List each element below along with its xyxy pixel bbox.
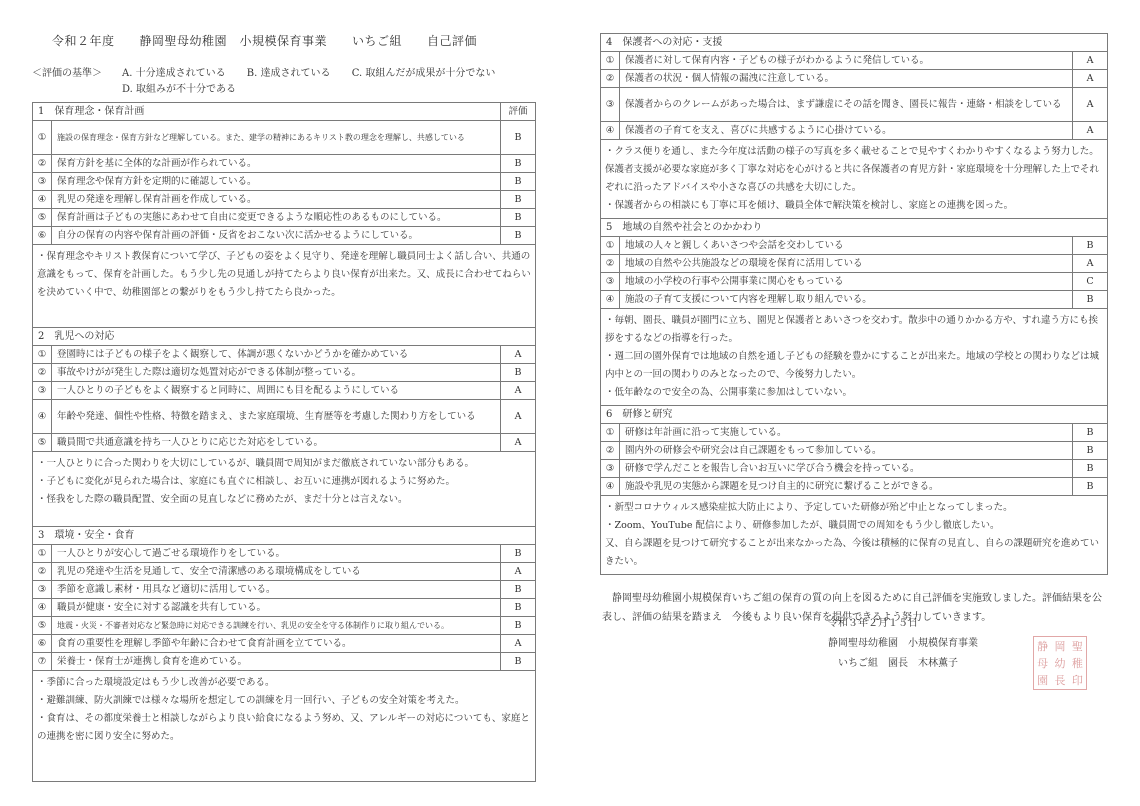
item-text: 自分の保育の内容や保育計画の評価・反省をおこない次に活かせるようにしている。 bbox=[52, 227, 501, 245]
table-row: ③地域の小学校の行事や公開事業に関心をもっているC bbox=[601, 273, 1108, 291]
table-row: ④乳児の発達を理解し保育計画を作成している。B bbox=[33, 191, 536, 209]
item-number: ④ bbox=[601, 122, 620, 140]
item-grade: A bbox=[1073, 70, 1108, 88]
comment-text: ・避難訓練、防火訓練では様々な場所を想定しての訓練を月一回行い、子どもの安全対策… bbox=[37, 692, 531, 710]
table-row: ③季節を意識し素材・用具など適切に活用している。B bbox=[33, 581, 536, 599]
item-number: ③ bbox=[601, 273, 620, 291]
table-row: ③保育理念や保育方針を定期的に確認している。B bbox=[33, 173, 536, 191]
item-number: ② bbox=[601, 442, 620, 460]
item-text: 保護者に対して保育内容・子どもの様子がわかるように発信している。 bbox=[620, 52, 1073, 70]
item-grade: B bbox=[501, 545, 536, 563]
table-row: ① 施設の保育理念・保育方針など理解している。また、建学の精神にあるキリスト教の… bbox=[33, 121, 536, 155]
item-grade: B bbox=[1073, 237, 1108, 255]
signature-org: 静岡聖母幼稚園 小規模保育事業 bbox=[828, 634, 978, 654]
item-grade: B bbox=[1073, 460, 1108, 478]
grade-column-header: 評価 bbox=[501, 103, 536, 121]
comment-box: ・季節に合った環境設定はもう少し改善が必要である。 ・避難訓練、防火訓練では様々… bbox=[33, 671, 536, 782]
item-grade: B bbox=[501, 227, 536, 245]
item-text: 保育方針を基に全体的な計画が作られている。 bbox=[52, 155, 501, 173]
item-number: ③ bbox=[601, 460, 620, 478]
item-text: 施設の子育て支援について内容を理解し取り組んでいる。 bbox=[620, 291, 1073, 309]
item-grade: B bbox=[501, 155, 536, 173]
item-number: ③ bbox=[601, 88, 620, 122]
stamp-char: 幼 bbox=[1054, 655, 1065, 671]
left-page: 令和２年度 静岡聖母幼稚園 小規模保育事業 いちご組 自己評価 ＜評価の基準＞ … bbox=[32, 30, 536, 782]
item-grade: A bbox=[501, 635, 536, 653]
criteria-c: C. 取組んだが成果が十分でない bbox=[352, 68, 496, 79]
comment-text: 又、自ら課題を見つけて研究することが出来なかった為、今後は積極的に保育の見直し、… bbox=[605, 535, 1103, 571]
item-grade: B bbox=[1073, 291, 1108, 309]
item-number: ② bbox=[33, 155, 52, 173]
item-text: 季節を意識し素材・用具など適切に活用している。 bbox=[52, 581, 501, 599]
evaluation-table-left: 1 保育理念・保育計画 評価 ① 施設の保育理念・保育方針など理解している。また… bbox=[32, 102, 536, 782]
table-row: ①地域の人々と親しくあいさつや会話を交わしているB bbox=[601, 237, 1108, 255]
comment-text: ・食育は、その都度栄養士と相談しながらより良い給食になるよう努め、又、アレルギー… bbox=[37, 710, 531, 746]
signature-date: 令和３年２月１５日 bbox=[828, 614, 978, 634]
stamp-char: 長 bbox=[1054, 672, 1065, 688]
section-comments: ・新型コロナウィルス感染症拡大防止により、予定していた研修が殆ど中止となってしま… bbox=[601, 496, 1108, 575]
item-text: 研修で学んだことを報告し合いお互いに学び合う機会を持っている。 bbox=[620, 460, 1073, 478]
section-heading: 4 保護者への対応・支援 bbox=[601, 34, 1108, 52]
item-grade: B bbox=[501, 173, 536, 191]
stamp-char: 印 bbox=[1072, 672, 1083, 688]
item-grade: A bbox=[1073, 88, 1108, 122]
item-number: ② bbox=[33, 563, 52, 581]
item-number: ⑦ bbox=[33, 653, 52, 671]
item-text: 乳児の発達や生活を見通して、安全で清潔感のある環境構成をしている bbox=[52, 563, 501, 581]
item-grade: C bbox=[1073, 273, 1108, 291]
item-text: 職員間で共通意識を持ち一人ひとりに応じた対応をしている。 bbox=[52, 434, 501, 452]
item-text: 事故やけがが発生した際は適切な処置対応ができる体制が整っている。 bbox=[52, 364, 501, 382]
comment-text: ・一人ひとりに合った関わりを大切にしているが、職員間で周知がまだ徹底されていない… bbox=[37, 455, 531, 473]
table-row: ⑥自分の保育の内容や保育計画の評価・反省をおこない次に活かせるようにしている。B bbox=[33, 227, 536, 245]
comment-text: ・子どもに変化が見られた場合は、家庭にも直ぐに相談し、お互いに連携が図れるように… bbox=[37, 473, 531, 491]
item-number: ④ bbox=[33, 191, 52, 209]
item-number: ③ bbox=[33, 382, 52, 400]
stamp-char: 岡 bbox=[1054, 638, 1065, 654]
item-grade: B bbox=[1073, 442, 1108, 460]
item-text: 職員が健康・安全に対する認識を共有している。 bbox=[52, 599, 501, 617]
section-header: 5 地域の自然や社会とのかかわり bbox=[601, 219, 1108, 237]
table-row: ④保護者の子育てを支え、喜びに共感するように心掛けている。A bbox=[601, 122, 1108, 140]
comment-text: ・低年齢なので安全の為、公開事業に参加はしていない。 bbox=[605, 384, 1103, 402]
evaluation-criteria: ＜評価の基準＞ A. 十分達成されている B. 達成されている C. 取組んだが… bbox=[32, 66, 536, 98]
comment-text: ・保護者からの相談にも丁寧に耳を傾け、職員全体で解決策を検討し、家庭との連携を図… bbox=[605, 197, 1103, 215]
item-number: ① bbox=[33, 121, 52, 155]
item-number: ④ bbox=[601, 478, 620, 496]
item-text: 一人ひとりが安心して過ごせる環境作りをしている。 bbox=[52, 545, 501, 563]
item-grade: B bbox=[501, 191, 536, 209]
section-header: 6 研修と研究 bbox=[601, 406, 1108, 424]
comment-text: ・季節に合った環境設定はもう少し改善が必要である。 bbox=[37, 674, 531, 692]
item-number: ① bbox=[601, 237, 620, 255]
document-title: 令和２年度 静岡聖母幼稚園 小規模保育事業 いちご組 自己評価 bbox=[32, 30, 536, 52]
section-comments: ・一人ひとりに合った関わりを大切にしているが、職員間で周知がまだ徹底されていない… bbox=[33, 452, 536, 527]
table-row: ①登園時には子どもの様子をよく観察して、体調が悪くないかどうかを確かめているA bbox=[33, 346, 536, 364]
item-number: ① bbox=[601, 52, 620, 70]
criteria-a: A. 十分達成されている bbox=[122, 68, 226, 79]
section-heading: 1 保育理念・保育計画 bbox=[33, 103, 501, 121]
item-grade: B bbox=[501, 209, 536, 227]
section-heading: 5 地域の自然や社会とのかかわり bbox=[601, 219, 1108, 237]
criteria-label: ＜評価の基準＞ bbox=[32, 66, 122, 82]
item-number: ⑤ bbox=[33, 617, 52, 635]
item-text: 施設の保育理念・保育方針など理解している。また、建学の精神にあるキリスト教の理念… bbox=[52, 121, 501, 155]
item-text: 地震・火災・不審者対応など緊急時に対応できる訓練を行い、乳児の安全を守る体制作り… bbox=[52, 617, 501, 635]
section-heading: 3 環境・安全・食育 bbox=[33, 527, 536, 545]
seal-stamp-icon: 静 岡 聖 母 幼 稚 園 長 印 bbox=[1033, 636, 1087, 690]
item-grade: A bbox=[501, 400, 536, 434]
table-row: ④施設の子育て支援について内容を理解し取り組んでいる。B bbox=[601, 291, 1108, 309]
table-row: ④職員が健康・安全に対する認識を共有している。B bbox=[33, 599, 536, 617]
stamp-char: 園 bbox=[1037, 672, 1048, 688]
stamp-char: 稚 bbox=[1072, 655, 1083, 671]
item-grade: B bbox=[501, 364, 536, 382]
item-text: 一人ひとりの子どもをよく観察すると同時に、周囲にも目を配るようにしている bbox=[52, 382, 501, 400]
item-text: 登園時には子どもの様子をよく観察して、体調が悪くないかどうかを確かめている bbox=[52, 346, 501, 364]
item-text: 研修は年計画に沿って実施している。 bbox=[620, 424, 1073, 442]
item-grade: B bbox=[501, 121, 536, 155]
item-text: 保護者からのクレームがあった場合は、まず謙虚にその話を聞き、園長に報告・連絡・相… bbox=[620, 88, 1073, 122]
comment-text: ・週二回の園外保育では地域の自然を通し子どもの経験を豊かにすることが出来た。地域… bbox=[605, 348, 1103, 384]
item-number: ④ bbox=[601, 291, 620, 309]
item-text: 地域の小学校の行事や公開事業に関心をもっている bbox=[620, 273, 1073, 291]
evaluation-table-right: 4 保護者への対応・支援 ①保護者に対して保育内容・子どもの様子がわかるように発… bbox=[600, 33, 1108, 575]
table-row: ③一人ひとりの子どもをよく観察すると同時に、周囲にも目を配るようにしているA bbox=[33, 382, 536, 400]
section-comments: ・クラス便りを通し、また今年度は活動の様子の写真を多く載せることで見やすくわかり… bbox=[601, 140, 1108, 219]
comment-text: ・毎朝、園長、職員が園門に立ち、園児と保護者とあいさつを交わす。散歩中の通りかか… bbox=[605, 312, 1103, 348]
item-text: 園内外の研修会や研究会は自己課題をもって参加している。 bbox=[620, 442, 1073, 460]
table-row: ②地域の自然や公共施設などの環境を保育に活用しているA bbox=[601, 255, 1108, 273]
table-row: ④年齢や発達、個性や性格、特徴を踏まえ、また家庭環境、生育歴等を考慮した関わり方… bbox=[33, 400, 536, 434]
item-text: 栄養士・保育士が連携し食育を進めている。 bbox=[52, 653, 501, 671]
item-number: ⑤ bbox=[33, 209, 52, 227]
table-row: ②乳児の発達や生活を見通して、安全で清潔感のある環境構成をしているA bbox=[33, 563, 536, 581]
section-header: 3 環境・安全・食育 bbox=[33, 527, 536, 545]
item-number: ④ bbox=[33, 400, 52, 434]
section-header: 2 乳児への対応 bbox=[33, 328, 536, 346]
table-row: ②園内外の研修会や研究会は自己課題をもって参加している。B bbox=[601, 442, 1108, 460]
item-grade: A bbox=[501, 563, 536, 581]
section-comments: ・季節に合った環境設定はもう少し改善が必要である。 ・避難訓練、防火訓練では様々… bbox=[33, 671, 536, 782]
table-row: ③研修で学んだことを報告し合いお互いに学び合う機会を持っている。B bbox=[601, 460, 1108, 478]
item-text: 保護者の状況・個人情報の漏洩に注意している。 bbox=[620, 70, 1073, 88]
criteria-b: B. 達成されている bbox=[247, 68, 331, 79]
comment-text: ・怪我をした際の職員配置、安全面の見直しなどに務めたが、まだ十分とは言えない。 bbox=[37, 491, 531, 509]
item-grade: A bbox=[1073, 122, 1108, 140]
comment-text: ・保育理念やキリスト教保育について学び、子どもの姿をよく見守り、発達を理解し職員… bbox=[37, 248, 531, 302]
item-grade: A bbox=[501, 434, 536, 452]
item-text: 乳児の発達を理解し保育計画を作成している。 bbox=[52, 191, 501, 209]
item-number: ⑥ bbox=[33, 635, 52, 653]
item-text: 食育の重要性を理解し季節や年齢に合わせて食育計画を立てている。 bbox=[52, 635, 501, 653]
table-row: ④施設や乳児の実態から課題を見つけ自主的に研究に繋げることができる。B bbox=[601, 478, 1108, 496]
item-number: ③ bbox=[33, 173, 52, 191]
item-text: 施設や乳児の実態から課題を見つけ自主的に研究に繋げることができる。 bbox=[620, 478, 1073, 496]
item-number: ⑥ bbox=[33, 227, 52, 245]
comment-text: ・クラス便りを通し、また今年度は活動の様子の写真を多く載せることで見やすくわかり… bbox=[605, 143, 1103, 197]
item-grade: B bbox=[1073, 424, 1108, 442]
criteria-d: D. 取組みが不十分である bbox=[122, 84, 236, 95]
item-text: 保育計画は子どもの実態にあわせて自由に変更できるような順応性のあるものにしている… bbox=[52, 209, 501, 227]
item-number: ③ bbox=[33, 581, 52, 599]
section-heading: 6 研修と研究 bbox=[601, 406, 1108, 424]
item-grade: B bbox=[1073, 478, 1108, 496]
comment-box: ・毎朝、園長、職員が園門に立ち、園児と保護者とあいさつを交わす。散歩中の通りかか… bbox=[601, 309, 1108, 406]
item-number: ② bbox=[601, 255, 620, 273]
item-number: ⑤ bbox=[33, 434, 52, 452]
table-row: ①研修は年計画に沿って実施している。B bbox=[601, 424, 1108, 442]
table-row: ⑤職員間で共通意識を持ち一人ひとりに応じた対応をしている。A bbox=[33, 434, 536, 452]
item-number: ④ bbox=[33, 599, 52, 617]
table-row: ②保護者の状況・個人情報の漏洩に注意している。A bbox=[601, 70, 1108, 88]
signature-name: いちご組 園長 木林薫子 bbox=[828, 654, 978, 674]
item-grade: B bbox=[501, 617, 536, 635]
table-row: ②保育方針を基に全体的な計画が作られている。B bbox=[33, 155, 536, 173]
item-grade: B bbox=[501, 581, 536, 599]
comment-text: ・Zoom、YouTube 配信により、研修参加したが、職員間での周知をもう少し… bbox=[605, 517, 1103, 535]
item-text: 地域の自然や公共施設などの環境を保育に活用している bbox=[620, 255, 1073, 273]
comment-box: ・保育理念やキリスト教保育について学び、子どもの姿をよく見守り、発達を理解し職員… bbox=[33, 245, 536, 328]
section-heading: 2 乳児への対応 bbox=[33, 328, 536, 346]
stamp-char: 聖 bbox=[1072, 638, 1083, 654]
comment-box: ・一人ひとりに合った関わりを大切にしているが、職員間で周知がまだ徹底されていない… bbox=[33, 452, 536, 527]
item-number: ① bbox=[601, 424, 620, 442]
table-row: ③保護者からのクレームがあった場合は、まず謙虚にその話を聞き、園長に報告・連絡・… bbox=[601, 88, 1108, 122]
comment-text: ・新型コロナウィルス感染症拡大防止により、予定していた研修が殆ど中止となってしま… bbox=[605, 499, 1103, 517]
right-page: 4 保護者への対応・支援 ①保護者に対して保育内容・子どもの様子がわかるように発… bbox=[600, 33, 1108, 627]
item-grade: A bbox=[1073, 255, 1108, 273]
signature-block: 令和３年２月１５日 静岡聖母幼稚園 小規模保育事業 いちご組 園長 木林薫子 bbox=[828, 614, 978, 674]
item-grade: A bbox=[1073, 52, 1108, 70]
item-number: ② bbox=[33, 364, 52, 382]
table-row: ⑥食育の重要性を理解し季節や年齢に合わせて食育計画を立てている。A bbox=[33, 635, 536, 653]
item-number: ① bbox=[33, 346, 52, 364]
stamp-char: 母 bbox=[1037, 655, 1048, 671]
item-grade: A bbox=[501, 382, 536, 400]
table-row: ①一人ひとりが安心して過ごせる環境作りをしている。B bbox=[33, 545, 536, 563]
table-row: ⑤地震・火災・不審者対応など緊急時に対応できる訓練を行い、乳児の安全を守る体制作… bbox=[33, 617, 536, 635]
item-text: 保護者の子育てを支え、喜びに共感するように心掛けている。 bbox=[620, 122, 1073, 140]
section-header: 4 保護者への対応・支援 bbox=[601, 34, 1108, 52]
comment-box: ・新型コロナウィルス感染症拡大防止により、予定していた研修が殆ど中止となってしま… bbox=[601, 496, 1108, 575]
item-text: 地域の人々と親しくあいさつや会話を交わしている bbox=[620, 237, 1073, 255]
item-text: 保育理念や保育方針を定期的に確認している。 bbox=[52, 173, 501, 191]
item-grade: B bbox=[501, 653, 536, 671]
table-row: ①保護者に対して保育内容・子どもの様子がわかるように発信している。A bbox=[601, 52, 1108, 70]
item-grade: A bbox=[501, 346, 536, 364]
section-comments: ・毎朝、園長、職員が園門に立ち、園児と保護者とあいさつを交わす。散歩中の通りかか… bbox=[601, 309, 1108, 406]
table-row: ⑦栄養士・保育士が連携し食育を進めている。B bbox=[33, 653, 536, 671]
item-text: 年齢や発達、個性や性格、特徴を踏まえ、また家庭環境、生育歴等を考慮した関わり方を… bbox=[52, 400, 501, 434]
item-grade: B bbox=[501, 599, 536, 617]
table-row: ⑤保育計画は子どもの実態にあわせて自由に変更できるような順応性のあるものにしてい… bbox=[33, 209, 536, 227]
stamp-char: 静 bbox=[1037, 638, 1048, 654]
item-number: ② bbox=[601, 70, 620, 88]
section-header: 1 保育理念・保育計画 評価 bbox=[33, 103, 536, 121]
table-row: ②事故やけがが発生した際は適切な処置対応ができる体制が整っている。B bbox=[33, 364, 536, 382]
comment-box: ・クラス便りを通し、また今年度は活動の様子の写真を多く載せることで見やすくわかり… bbox=[601, 140, 1108, 219]
item-number: ① bbox=[33, 545, 52, 563]
section-comments: ・保育理念やキリスト教保育について学び、子どもの姿をよく見守り、発達を理解し職員… bbox=[33, 245, 536, 328]
